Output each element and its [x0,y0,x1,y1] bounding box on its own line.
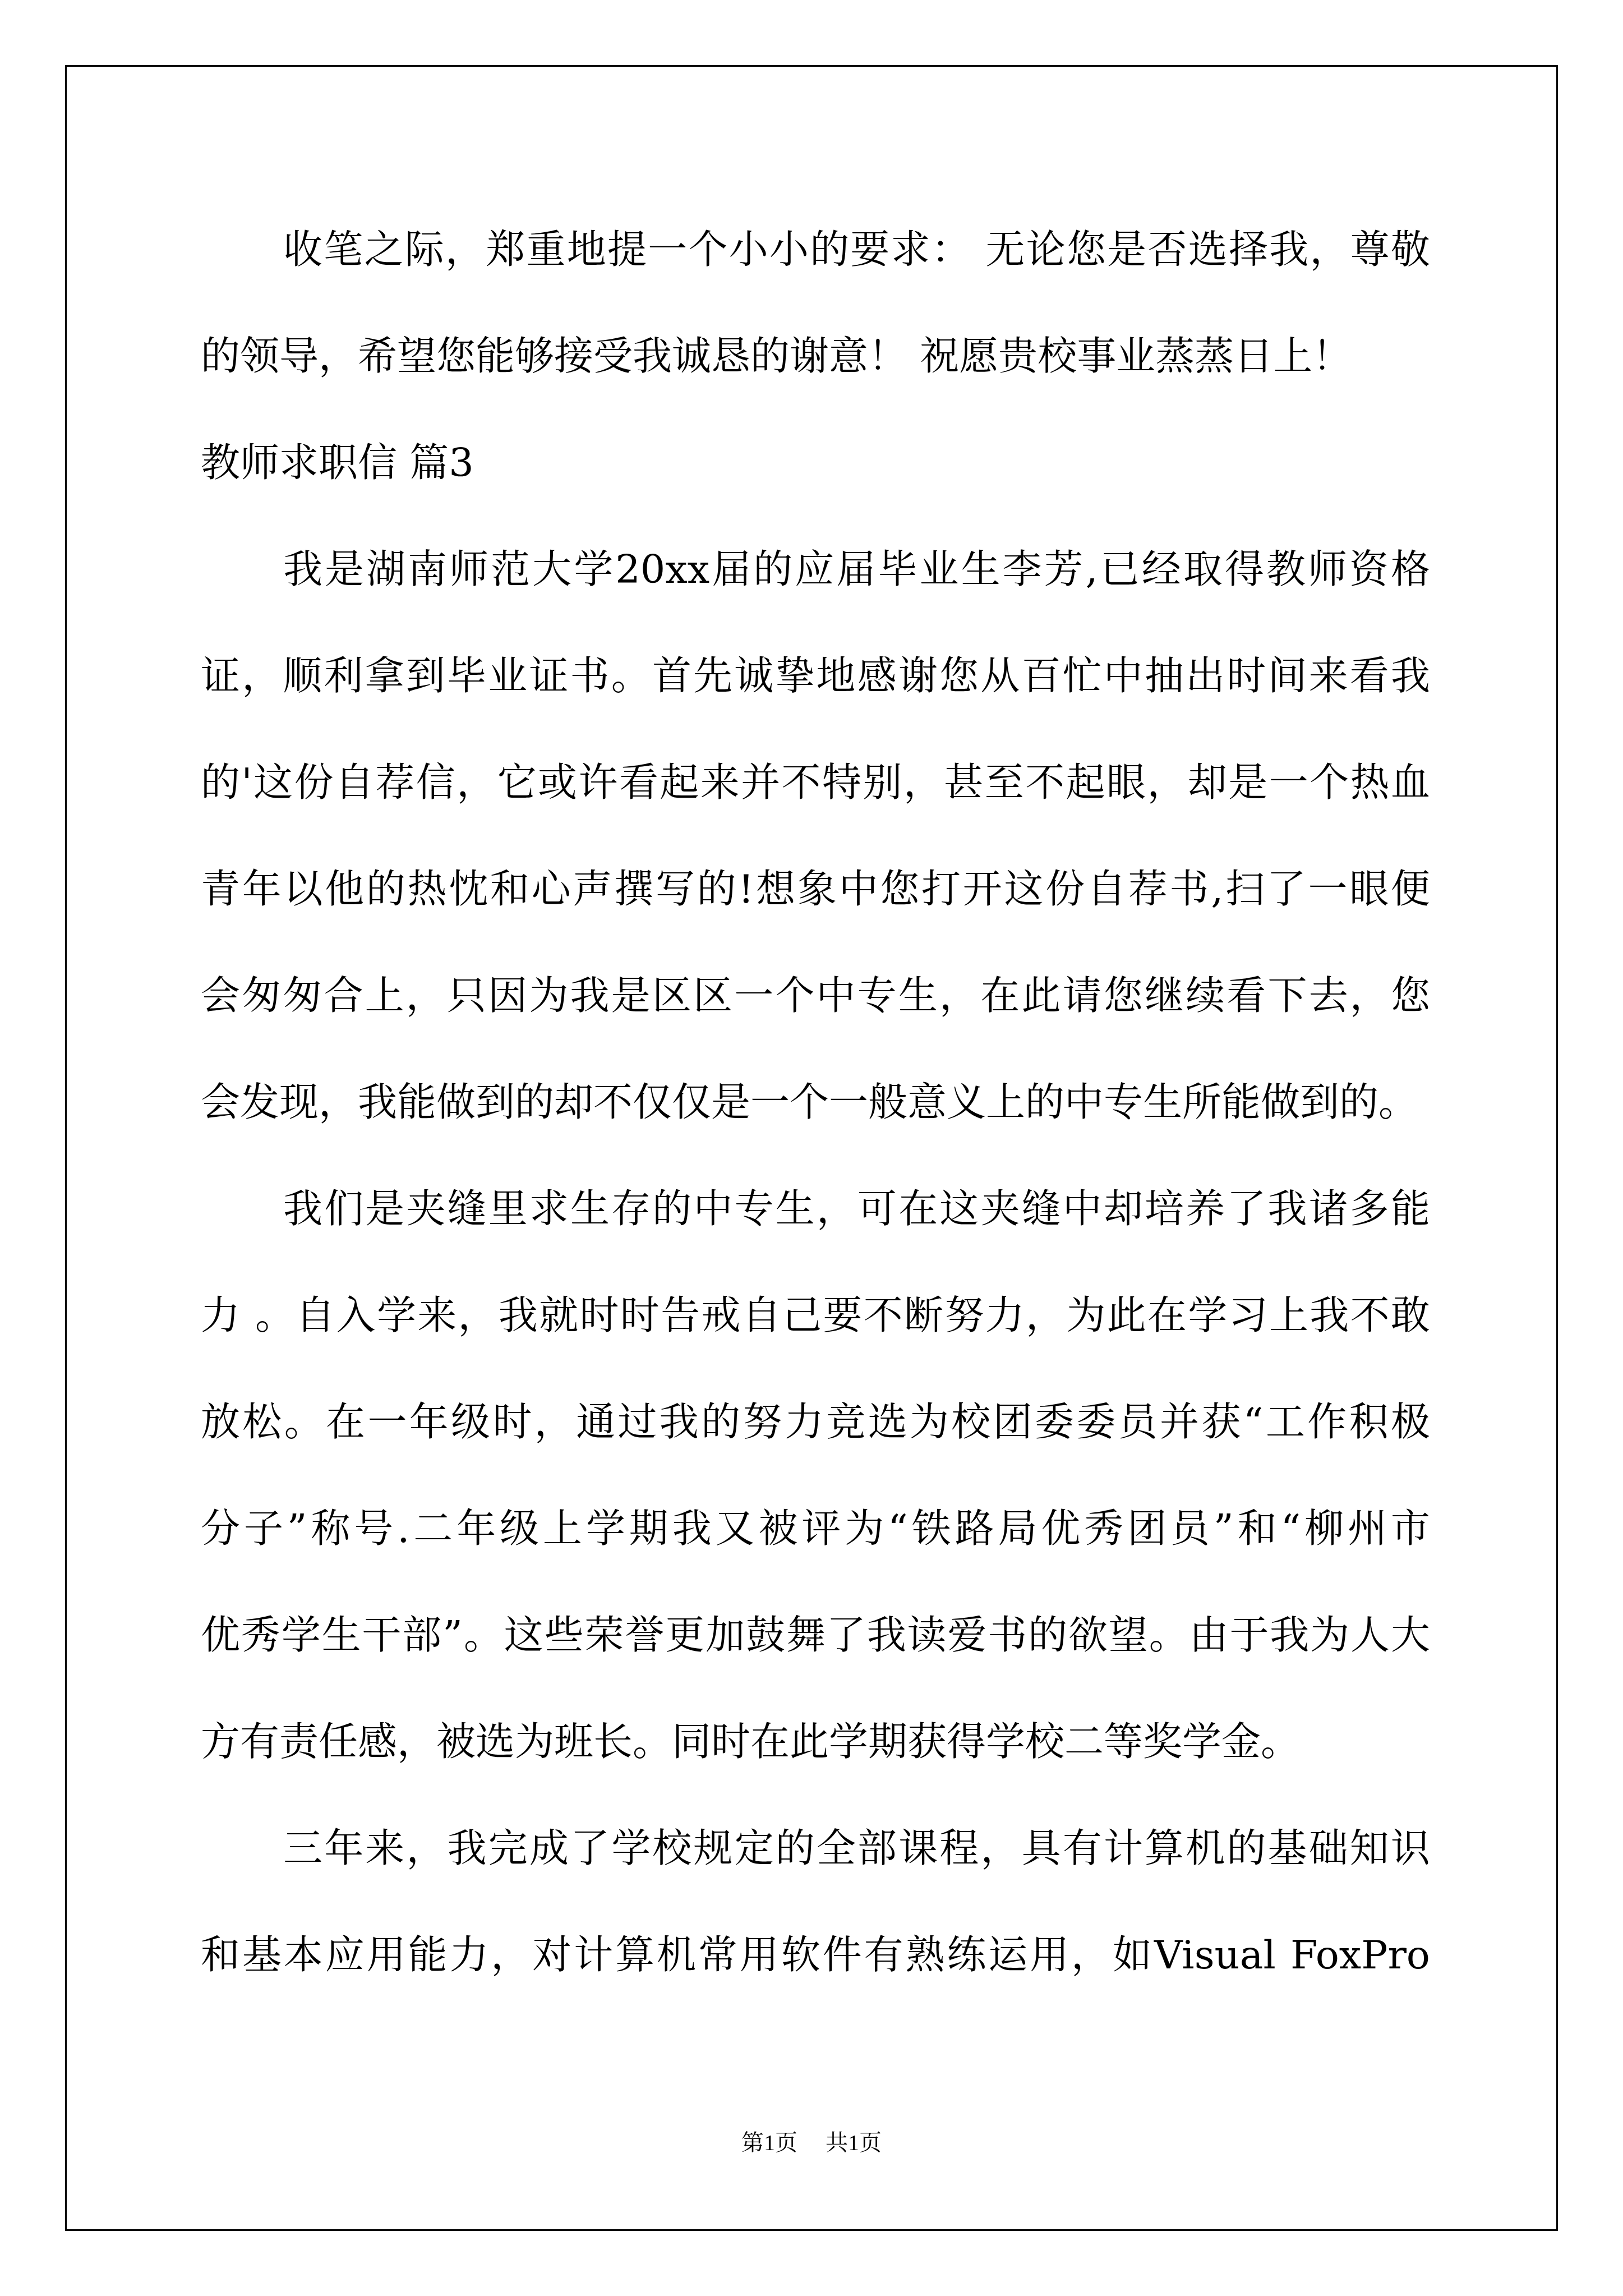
text-line: 分子”称号.二年级上学期我又被评为“铁路局优秀团员”和“柳州市 [201,1475,1430,1582]
text-line: 会发现，我能做到的却不仅仅是一个一般意义上的中专生所能做到的。 [201,1049,1430,1156]
text-line: 的'这份自荐信，它或许看起来并不特别，甚至不起眼，却是一个热血 [201,729,1430,836]
text-line: 力 。自入学来，我就时时告戒自己要不断努力，为此在学习上我不敢 [201,1262,1430,1369]
text-line: 的领导，希望您能够接受我诚恳的谢意！ 祝愿贵校事业蒸蒸日上！ [201,303,1430,409]
text-line: 会匆匆合上，只因为我是区区一个中专生，在此请您继续看下去，您 [201,942,1430,1049]
page-footer: 第1页共1页 [0,2126,1623,2160]
text-line: 收笔之际，郑重地提一个小小的要求： 无论您是否选择我，尊敬 [201,196,1430,303]
text-line: 我是湖南师范大学20xx届的应届毕业生李芳,已经取得教师资格 [201,516,1430,623]
text-line: 证，顺利拿到毕业证书。首先诚挚地感谢您从百忙中抽出时间来看我 [201,623,1430,729]
text-line: 放松。在一年级时，通过我的努力竞选为校团委委员并获“工作积极 [201,1369,1430,1475]
text-line: 青年以他的热忱和心声撰写的!想象中您打开这份自荐书,扫了一眼便 [201,836,1430,942]
total-pages-label: 共1页 [826,2126,882,2160]
text-line: 优秀学生干部”。这些荣誉更加鼓舞了我读爱书的欲望。由于我为人大 [201,1582,1430,1688]
text-line: 方有责任感，被选为班长。同时在此学期获得学校二等奖学金。 [201,1688,1430,1795]
text-line: 和基本应用能力，对计算机常用软件有熟练运用，如Visual FoxPro [201,1902,1430,2008]
section-heading: 教师求职信 篇3 [201,409,1430,516]
current-page-label: 第1页 [741,2126,797,2160]
document-body: 收笔之际，郑重地提一个小小的要求： 无论您是否选择我，尊敬 的领导，希望您能够接… [201,196,1430,2008]
text-line: 三年来，我完成了学校规定的全部课程，具有计算机的基础知识 [201,1795,1430,1902]
text-line: 我们是夹缝里求生存的中专生，可在这夹缝中却培养了我诸多能 [201,1156,1430,1262]
